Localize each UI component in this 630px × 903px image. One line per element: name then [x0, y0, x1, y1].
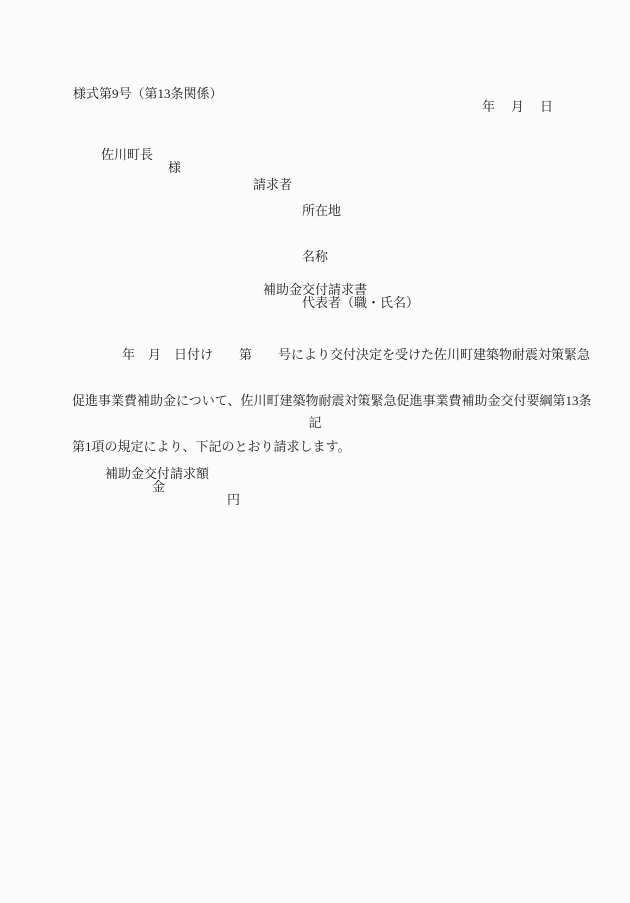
addressee-name: 佐川町長 — [101, 147, 153, 162]
requester-field-name: 名称 — [302, 250, 419, 263]
form-number: 様式第9号（第13条関係） — [73, 87, 223, 100]
requester-field-address: 所在地 — [302, 204, 419, 217]
amount-currency-prefix: 金 — [152, 479, 165, 494]
notation-heading: 記 — [0, 416, 630, 429]
amount-currency-suffix: 円 — [227, 492, 240, 507]
requester-fields: 所在地 名称 代表者（職・氏名） — [302, 178, 419, 335]
body-line: 促進事業費補助金について、佐川町建築物耐震対策緊急促進事業費補助金交付要綱第13… — [72, 394, 584, 414]
addressee-line: 佐川町長 様 — [88, 135, 181, 187]
document-title: 補助金交付請求書 — [0, 283, 630, 296]
amount-line: 補助金交付請求額 金 円 — [92, 454, 240, 519]
body-line: 年 月 日付け 第 号により交付決定を受けた佐川町建築物耐震対策緊急 — [72, 348, 584, 368]
requester-block: 請求者 所在地 名称 代表者（職・氏名） — [253, 178, 419, 335]
requester-label: 請求者 — [253, 178, 292, 335]
document-page: 様式第9号（第13条関係） 年 月 日 佐川町長 様 請求者 所在地 名称 代表… — [0, 0, 630, 903]
date-line: 年 月 日 — [482, 100, 555, 113]
addressee-honorific: 様 — [168, 160, 181, 175]
requester-field-representative: 代表者（職・氏名） — [302, 296, 419, 309]
